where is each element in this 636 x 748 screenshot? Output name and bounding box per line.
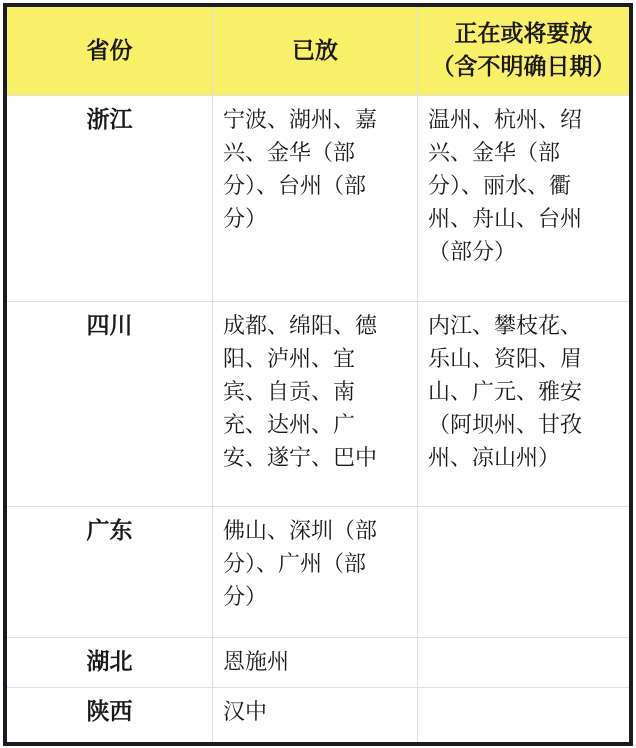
table-row-guangdong: 广东 佛山、深圳（部 分）、广州（部 分） xyxy=(7,507,629,638)
released-cell: 恩施州 xyxy=(213,638,418,688)
table-row-shaanxi: 陕西 汉中 xyxy=(7,688,629,742)
released-cell: 成都、绵阳、德 阳、泸州、宜 宾、自贡、南 充、达州、广 安、遂宁、巴中 xyxy=(213,302,418,507)
header-cell-released: 已放 xyxy=(213,7,418,96)
pending-cell: 内江、攀枝花、 乐山、资阳、眉 山、广元、雅安 （阿坝州、甘孜 州、凉山州） xyxy=(418,302,629,507)
header-cell-province: 省份 xyxy=(7,7,213,96)
table-row-sichuan: 四川 成都、绵阳、德 阳、泸州、宜 宾、自贡、南 充、达州、广 安、遂宁、巴中 … xyxy=(7,302,629,507)
header-row: 省份 已放 正在或将要放 （含不明确日期） xyxy=(7,7,629,96)
pending-cell xyxy=(418,638,629,688)
province-cell: 湖北 xyxy=(7,638,213,688)
released-cell: 佛山、深圳（部 分）、广州（部 分） xyxy=(213,507,418,638)
province-cell: 广东 xyxy=(7,507,213,638)
pending-cell xyxy=(418,688,629,742)
province-cell: 四川 xyxy=(7,302,213,507)
released-cell: 汉中 xyxy=(213,688,418,742)
province-holiday-table: 省份 已放 正在或将要放 （含不明确日期） 浙江 宁波、湖州、嘉 兴、金华（部 … xyxy=(3,3,633,746)
province-cell: 陕西 xyxy=(7,688,213,742)
province-cell: 浙江 xyxy=(7,96,213,302)
table-row-zhejiang: 浙江 宁波、湖州、嘉 兴、金华（部 分）、台州（部 分） 温州、杭州、绍 兴、金… xyxy=(7,96,629,302)
released-cell: 宁波、湖州、嘉 兴、金华（部 分）、台州（部 分） xyxy=(213,96,418,302)
pending-cell: 温州、杭州、绍 兴、金华（部 分）、丽水、衢 州、舟山、台州 （部分） xyxy=(418,96,629,302)
table-row-hubei: 湖北 恩施州 xyxy=(7,638,629,688)
header-cell-pending: 正在或将要放 （含不明确日期） xyxy=(418,7,629,96)
page-background: 省份 已放 正在或将要放 （含不明确日期） 浙江 宁波、湖州、嘉 兴、金华（部 … xyxy=(0,0,636,748)
pending-cell xyxy=(418,507,629,638)
